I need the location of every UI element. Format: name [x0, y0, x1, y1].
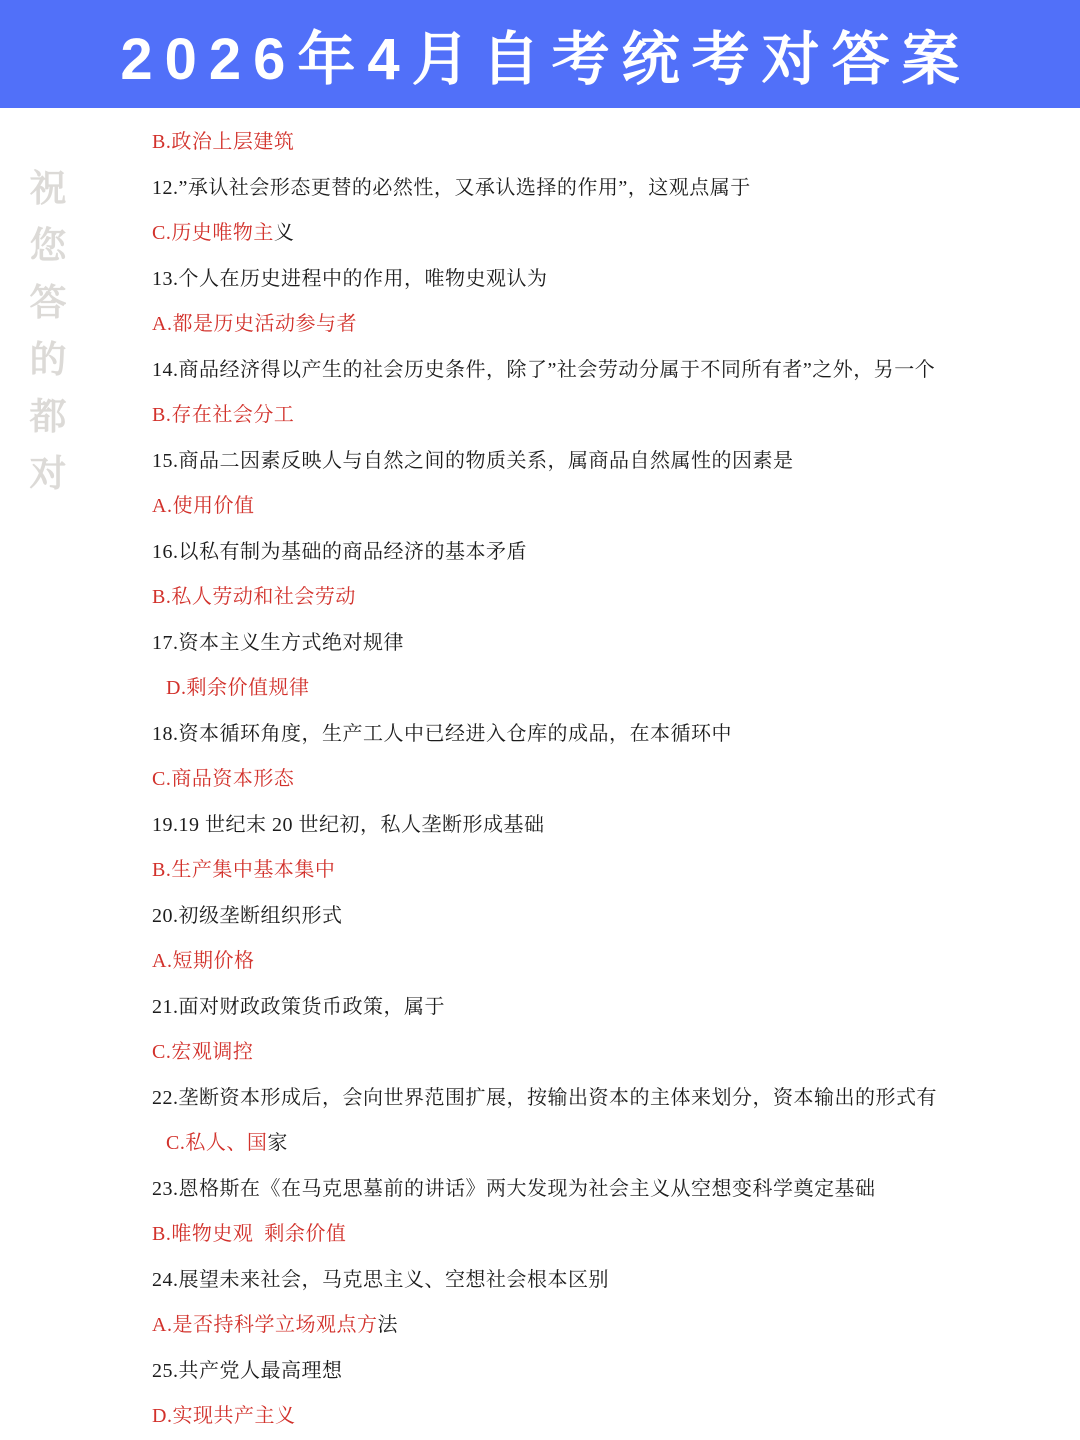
line-tail-text: 义	[274, 216, 295, 245]
line-text: 12.”承认社会形态更替的必然性，又承认选择的作用”，这观点属于	[152, 171, 751, 200]
line-text: B.私人劳动和社会劳动	[152, 580, 356, 609]
line-text: 15.商品二因素反映人与自然之间的物质关系，属商品自然属性的因素是	[152, 444, 794, 473]
line-text: 17.资本主义生方式绝对规律	[152, 626, 404, 655]
answer-line: D.剩余价值规律	[152, 663, 1050, 709]
line-text: C.宏观调控	[152, 1035, 253, 1064]
line-text: C.私人、国	[166, 1126, 267, 1155]
title-banner: 2026年4月自考统考对答案	[0, 0, 1080, 108]
answer-line: A.都是历史活动参与者	[152, 299, 1050, 345]
answer-line: C.私人、国家	[152, 1118, 1050, 1164]
answer-line: B.私人劳动和社会劳动	[152, 572, 1050, 618]
question-line: 24.展望未来社会，马克思主义、空想社会根本区别	[152, 1255, 1050, 1301]
answer-line: B.唯物史观 剩余价值	[152, 1209, 1050, 1255]
answer-line: A.使用价值	[152, 481, 1050, 527]
line-text: 16.以私有制为基础的商品经济的基本矛盾	[152, 535, 527, 564]
question-line: 23.恩格斯在《在马克思墓前的讲话》两大发现为社会主义从空想变科学奠定基础	[152, 1164, 1050, 1210]
page: 2026年4月自考统考对答案 祝您答的都对 B.政治上层建筑 12.”承认社会形…	[0, 0, 1080, 1440]
question-line: 22.垄断资本形成后，会向世界范围扩展，按输出资本的主体来划分，资本输出的形式有	[152, 1073, 1050, 1119]
line-text: 23.恩格斯在《在马克思墓前的讲话》两大发现为社会主义从空想变科学奠定基础	[152, 1172, 876, 1201]
line-text: 24.展望未来社会，马克思主义、空想社会根本区别	[152, 1263, 609, 1292]
line-text: 25.共产党人最高理想	[152, 1354, 343, 1383]
answer-line: C.商品资本形态	[152, 754, 1050, 800]
line-text: 18.资本循环角度，生产工人中已经进入仓库的成品，在本循环中	[152, 717, 732, 746]
answer-line: B.存在社会分工	[152, 390, 1050, 436]
qa-list: B.政治上层建筑 12.”承认社会形态更替的必然性，又承认选择的作用”，这观点属…	[0, 108, 1080, 1437]
question-line: 13.个人在历史进程中的作用，唯物史观认为	[152, 254, 1050, 300]
line-text: A.短期价格	[152, 944, 254, 973]
answer-line: C.宏观调控	[152, 1027, 1050, 1073]
question-line: 14.商品经济得以产生的社会历史条件，除了”社会劳动分属于不同所有者”之外，另一…	[152, 345, 1050, 391]
line-text: B.唯物史观 剩余价值	[152, 1217, 346, 1246]
question-line: 21.面对财政政策货币政策，属于	[152, 982, 1050, 1028]
page-title: 2026年4月自考统考对答案	[108, 12, 971, 96]
answer-line: B.政治上层建筑	[152, 117, 1050, 163]
answer-line: C.历史唯物主义	[152, 208, 1050, 254]
answer-line: B.生产集中基本集中	[152, 845, 1050, 891]
line-text: 14.商品经济得以产生的社会历史条件，除了”社会劳动分属于不同所有者”之外，另一…	[152, 353, 935, 382]
answer-line: A.短期价格	[152, 936, 1050, 982]
line-text: A.都是历史活动参与者	[152, 307, 357, 336]
line-text: B.生产集中基本集中	[152, 853, 335, 882]
line-text: D.剩余价值规律	[166, 671, 309, 700]
line-tail-text: 法	[377, 1308, 398, 1337]
line-text: 13.个人在历史进程中的作用，唯物史观认为	[152, 262, 548, 291]
question-line: 17.资本主义生方式绝对规律	[152, 618, 1050, 664]
line-text: 21.面对财政政策货币政策，属于	[152, 990, 445, 1019]
question-line: 25.共产党人最高理想	[152, 1346, 1050, 1392]
question-line: 20.初级垄断组织形式	[152, 891, 1050, 937]
answer-line: D.实现共产主义	[152, 1391, 1050, 1437]
answer-line: A.是否持科学立场观点方法	[152, 1300, 1050, 1346]
line-text: B.政治上层建筑	[152, 125, 294, 154]
question-line: 12.”承认社会形态更替的必然性，又承认选择的作用”，这观点属于	[152, 163, 1050, 209]
line-text: D.实现共产主义	[152, 1399, 295, 1428]
line-text: A.使用价值	[152, 489, 254, 518]
line-text: B.存在社会分工	[152, 398, 294, 427]
line-text: C.历史唯物主	[152, 216, 274, 245]
line-text: 19.19 世纪末 20 世纪初，私人垄断形成基础	[152, 808, 545, 837]
line-text: 20.初级垄断组织形式	[152, 899, 343, 928]
line-text: C.商品资本形态	[152, 762, 294, 791]
question-line: 19.19 世纪末 20 世纪初，私人垄断形成基础	[152, 800, 1050, 846]
line-text: 22.垄断资本形成后，会向世界范围扩展，按输出资本的主体来划分，资本输出的形式有	[152, 1081, 937, 1110]
line-text: A.是否持科学立场观点方	[152, 1308, 377, 1337]
question-line: 18.资本循环角度，生产工人中已经进入仓库的成品，在本循环中	[152, 709, 1050, 755]
question-line: 15.商品二因素反映人与自然之间的物质关系，属商品自然属性的因素是	[152, 436, 1050, 482]
line-tail-text: 家	[267, 1126, 288, 1155]
question-line: 16.以私有制为基础的商品经济的基本矛盾	[152, 527, 1050, 573]
